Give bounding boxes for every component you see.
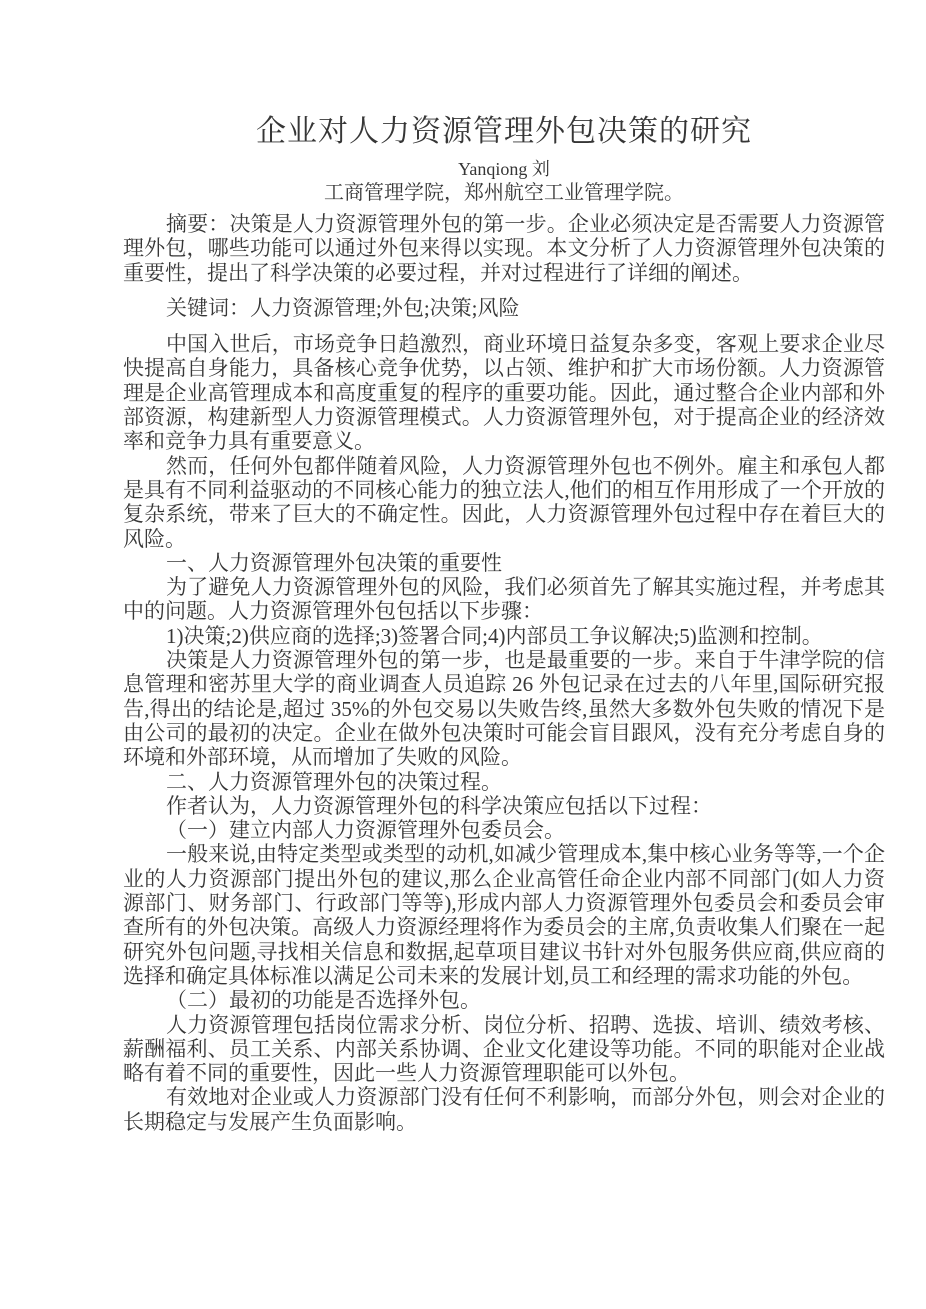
- subsection-heading-2: （二）最初的功能是否选择外包。: [123, 988, 885, 1012]
- abstract-paragraph: 摘要：决策是人力资源管理外包的第一步。企业必须决定是否需要人力资源管理外包，哪些…: [123, 212, 885, 285]
- keywords-line: 关键词：人力资源管理;外包;决策;风险: [123, 296, 885, 320]
- affiliation-line: 工商管理学院，郑州航空工业管理学院。: [123, 181, 885, 206]
- body-paragraph: 决策是人力资源管理外包的第一步，也是最重要的一步。来自于牛津学院的信息管理和密苏…: [123, 648, 885, 769]
- numbered-steps-line: 1)决策;2)供应商的选择;3)签署合同;4)内部员工争议解决;5)监测和控制。: [123, 624, 885, 648]
- body-paragraph: 有效地对企业或人力资源部门没有任何不利影响，而部分外包，则会对企业的长期稳定与发…: [123, 1085, 885, 1134]
- body-paragraph: 人力资源管理包括岗位需求分析、岗位分析、招聘、选拔、培训、绩效考核、薪酬福利、员…: [123, 1013, 885, 1086]
- body-paragraph: 一般来说,由特定类型或类型的动机,如减少管理成本,集中核心业务等等,一个企业的人…: [123, 842, 885, 988]
- body-paragraph: 然而，任何外包都伴随着风险，人力资源管理外包也不例外。雇主和承包人都是具有不同利…: [123, 454, 885, 551]
- body-paragraph: 作者认为，人力资源管理外包的科学决策应包括以下过程：: [123, 794, 885, 818]
- body-paragraph: 为了避免人力资源管理外包的风险，我们必须首先了解其实施过程，并考虑其中的问题。人…: [123, 575, 885, 624]
- page-title: 企业对人力资源管理外包决策的研究: [123, 112, 885, 152]
- section-heading-2: 二、人力资源管理外包的决策过程。: [123, 770, 885, 794]
- document-page: 企业对人力资源管理外包决策的研究 Yanqiong 刘 工商管理学院，郑州航空工…: [0, 0, 926, 1309]
- section-heading-1: 一、人力资源管理外包决策的重要性: [123, 551, 885, 575]
- author-line: Yanqiong 刘: [123, 158, 885, 181]
- body-paragraph: 中国入世后，市场竞争日趋激烈，商业环境日益复杂多变，客观上要求企业尽快提高自身能…: [123, 332, 885, 453]
- subsection-heading-1: （一）建立内部人力资源管理外包委员会。: [123, 818, 885, 842]
